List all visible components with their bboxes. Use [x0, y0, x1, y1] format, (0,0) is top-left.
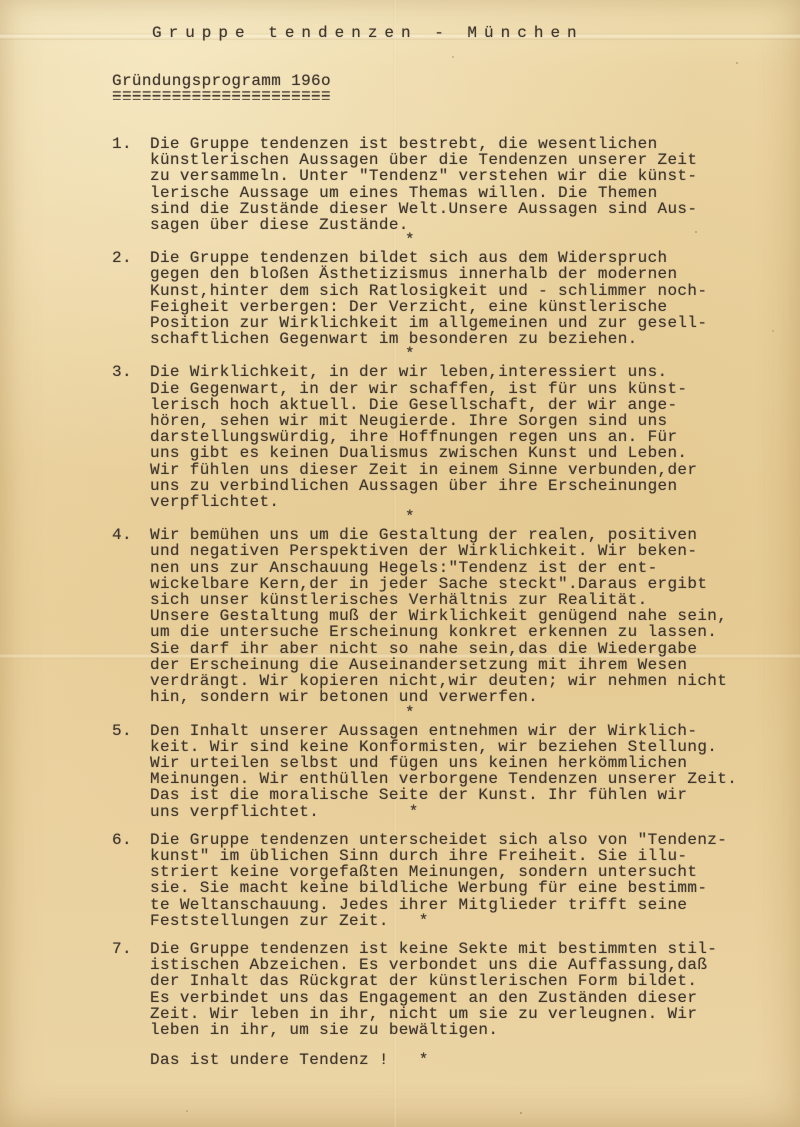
- typewritten-content: Gruppe tendenzen - München Gründungsprog…: [112, 0, 752, 1068]
- program-item: 4. Wir bemühen uns um die Gestaltung der…: [112, 527, 752, 705]
- item-number: 4.: [112, 527, 150, 543]
- item-text: Die Wirklichkeit, in der wir leben,inter…: [150, 364, 752, 510]
- item-text: Die Gruppe tendenzen ist bestrebt, die w…: [150, 136, 752, 233]
- subtitle-underline: ======================: [112, 88, 752, 104]
- closing-line: Das ist undere Tendenz ! *: [150, 1052, 752, 1068]
- program-item: 1. Die Gruppe tendenzen ist bestrebt, di…: [112, 136, 752, 233]
- paper-speck: [772, 330, 774, 332]
- separator-asterisk: *: [405, 510, 752, 524]
- program-item: 5. Den Inhalt unserer Aussagen entnehmen…: [112, 723, 752, 820]
- separator-asterisk: *: [405, 347, 752, 361]
- item-text: Die Gruppe tendenzen unterscheidet sich …: [150, 832, 752, 929]
- item-number: 1.: [112, 136, 150, 152]
- item-number: 7.: [112, 941, 150, 957]
- item-text: Die Gruppe tendenzen bildet sich aus dem…: [150, 250, 752, 347]
- paper-speck: [186, 1110, 188, 1112]
- paper-speck: [520, 1112, 522, 1114]
- document-page: Gruppe tendenzen - München Gründungsprog…: [0, 0, 800, 1127]
- separator-asterisk: *: [405, 706, 752, 720]
- item-number: 5.: [112, 723, 150, 739]
- item-text: Den Inhalt unserer Aussagen entnehmen wi…: [150, 723, 752, 820]
- item-text: Die Gruppe tendenzen ist keine Sekte mit…: [150, 941, 752, 1038]
- item-number: 2.: [112, 250, 150, 266]
- program-item: 2. Die Gruppe tendenzen bildet sich aus …: [112, 250, 752, 347]
- program-item: 7. Die Gruppe tendenzen ist keine Sekte …: [112, 941, 752, 1038]
- item-number: 6.: [112, 832, 150, 848]
- item-text: Wir bemühen uns um die Gestaltung der re…: [150, 527, 752, 705]
- document-title: Gruppe tendenzen - München: [152, 24, 752, 42]
- program-item: 3. Die Wirklichkeit, in der wir leben,in…: [112, 364, 752, 510]
- program-item-list: 1. Die Gruppe tendenzen ist bestrebt, di…: [112, 136, 752, 1038]
- item-number: 3.: [112, 364, 150, 380]
- separator-asterisk: *: [405, 233, 752, 247]
- program-item: 6. Die Gruppe tendenzen unterscheidet si…: [112, 832, 752, 929]
